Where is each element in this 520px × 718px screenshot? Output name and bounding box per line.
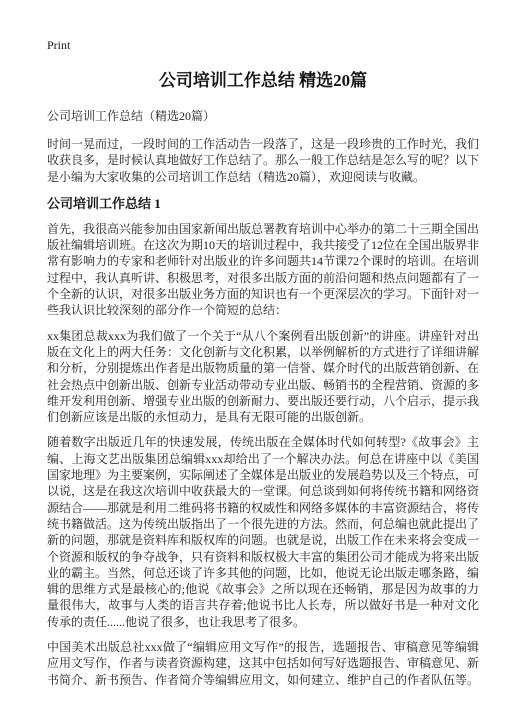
body-paragraph: 中国美术出版总社xxx做了“编辑应用文写作”的报告，选题报告、审稿意见等编辑应用… <box>47 639 479 688</box>
body-paragraph: 首先，我很高兴能参加由国家新闻出版总署教育培训中心举办的第二十三期全国出版社编辑… <box>47 221 479 319</box>
page-title: 公司培训工作总结 精选20篇 <box>47 70 479 92</box>
doc-subtitle: 公司培训工作总结（精选20篇） <box>47 108 479 124</box>
section-heading: 公司培训工作总结 1 <box>47 195 479 212</box>
body-paragraph: xx集团总裁xxx为我们做了一个关于“从八个案例看出版创新”的讲座。讲座针对出版… <box>47 328 479 426</box>
document-page: Print 公司培训工作总结 精选20篇 公司培训工作总结（精选20篇） 时间一… <box>0 0 520 718</box>
body-paragraph: 随着数字出版近几年的快速发展，传统出版在全媒体时代如何转型?《故事会》主编、上海… <box>47 434 479 630</box>
print-link[interactable]: Print <box>47 38 70 52</box>
intro-paragraph: 时间一晃而过，一段时间的工作活动告一段落了，这是一段珍贵的工作时光，我们收获良多… <box>47 136 479 185</box>
